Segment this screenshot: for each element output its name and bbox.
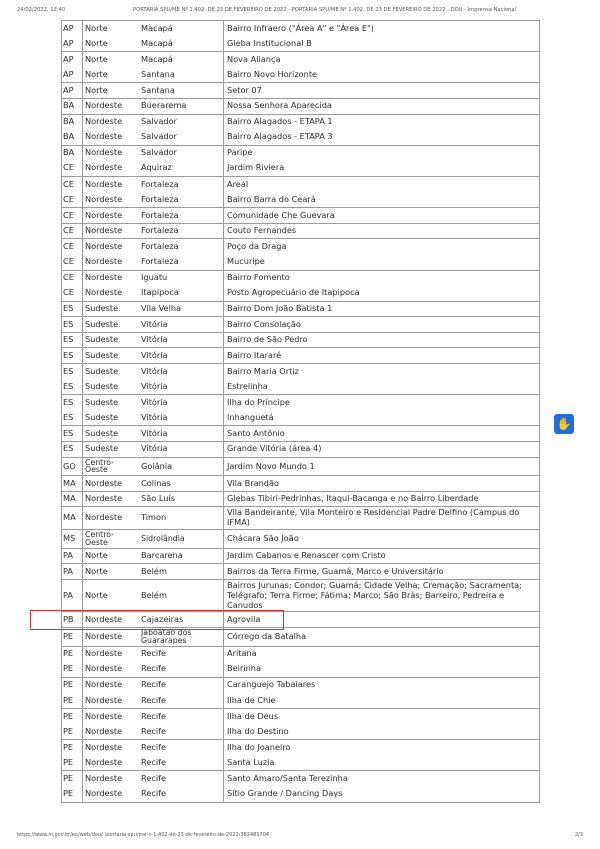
cell-uf: BA <box>62 98 83 114</box>
table-row: ESSudesteVitóriaSanto Antônio <box>62 426 540 442</box>
cell-localidade: Bairro Dom João Batista 1 <box>224 301 540 317</box>
table-row: PENordesteRecifeSítio Grande / Dancing D… <box>62 786 540 802</box>
cell-localidade: Santo Antônio <box>224 426 540 442</box>
table-row: MANordesteColinasVila Brandão <box>62 476 540 492</box>
cell-localidade: Ilha de Deus <box>224 708 540 724</box>
cell-municipio: Salvador <box>139 114 224 130</box>
print-date: 24/02/2022, 12:40 <box>17 7 65 13</box>
cell-uf: BA <box>62 114 83 130</box>
cell-municipio: Recife <box>139 708 224 724</box>
cell-localidade: Ilha do Joaneiro <box>224 740 540 756</box>
cell-uf: ES <box>62 301 83 317</box>
cell-regiao: Nordeste <box>83 693 140 709</box>
cell-regiao: Nordeste <box>83 771 140 787</box>
table-row: PENordesteRecifeCaranguejo Tabaiares <box>62 677 540 693</box>
cell-regiao: Nordeste <box>83 476 140 492</box>
localities-table: APNorteMacapáBairro Infraero ("Área A" e… <box>61 20 540 803</box>
cell-regiao: Nordeste <box>83 724 140 740</box>
cell-localidade: Bairro Maria Ortiz <box>224 364 540 380</box>
table-row: BANordesteBueraremaNossa Senhora Apareci… <box>62 98 540 114</box>
cell-regiao: Sudeste <box>83 442 140 458</box>
table-row: PENordesteRecifeIlha de Deus <box>62 708 540 724</box>
cell-localidade: Bairro Alagados - ETAPA 3 <box>224 130 540 146</box>
cell-localidade: Poço da Draga <box>224 239 540 255</box>
cell-uf: ES <box>62 410 83 426</box>
cell-municipio: Recife <box>139 786 224 802</box>
table-row: PENordesteRecifeAritana <box>62 646 540 662</box>
table-row: ESSudesteVila VelhaBairro Dom João Batis… <box>62 301 540 317</box>
cell-localidade: Bairro Consolação <box>224 317 540 333</box>
cell-localidade: Nova Aliança <box>224 52 540 68</box>
cell-uf: AP <box>62 21 83 37</box>
table-row: BANordesteSalvadorParipe <box>62 145 540 161</box>
cell-municipio: São Luís <box>139 491 224 507</box>
cell-regiao: Sudeste <box>83 395 140 411</box>
cell-municipio: Salvador <box>139 130 224 146</box>
table-row: PANorteBelémBairros Jurunas; Condor; Gua… <box>62 579 540 612</box>
table-row: ESSudesteVitóriaGrande Vitória (área 4) <box>62 442 540 458</box>
cell-localidade: Bairros Jurunas; Condor; Guamá; Cidade V… <box>224 579 540 612</box>
cell-municipio: Santana <box>139 83 224 99</box>
cell-regiao: Nordeste <box>83 145 140 161</box>
cell-uf: MS <box>62 530 83 549</box>
cell-regiao: Nordeste <box>83 98 140 114</box>
table-row: ESSudesteVitóriaBairro Itararé <box>62 348 540 364</box>
table-row: ESSudesteVitóriaBairro Consolação <box>62 317 540 333</box>
cell-regiao: Nordeste <box>83 740 140 756</box>
cell-regiao: Sudeste <box>83 426 140 442</box>
cell-regiao: Nordeste <box>83 114 140 130</box>
table-row: PANorteBelémBairros da Terra Firme, Guam… <box>62 564 540 580</box>
cell-municipio: Salvador <box>139 145 224 161</box>
cell-localidade: Sítio Grande / Dancing Days <box>224 786 540 802</box>
table-row: PENordesteRecifeSanta Luzia <box>62 755 540 771</box>
cell-localidade: Bairros da Terra Firme, Guamá, Marco e U… <box>224 564 540 580</box>
cell-regiao: Sudeste <box>83 301 140 317</box>
cell-uf: PA <box>62 548 83 564</box>
table-row: PENordesteRecifeBeirinha <box>62 662 540 678</box>
cell-uf: PE <box>62 771 83 787</box>
cell-localidade: Posto Agropecuário de Itapipoca <box>224 286 540 302</box>
cell-regiao: Nordeste <box>83 286 140 302</box>
cell-uf: PE <box>62 693 83 709</box>
cell-uf: ES <box>62 426 83 442</box>
table-row: MSCentro-OesteSidrolândiaChácara São Joã… <box>62 530 540 549</box>
cell-municipio: Sidrolândia <box>139 530 224 549</box>
cell-uf: PA <box>62 564 83 580</box>
cell-localidade: Bairro Itararé <box>224 348 540 364</box>
cell-uf: PE <box>62 677 83 693</box>
cell-regiao: Sudeste <box>83 317 140 333</box>
cell-municipio: Aquiraz <box>139 161 224 177</box>
cell-localidade: Caranguejo Tabaiares <box>224 677 540 693</box>
cell-uf: ES <box>62 317 83 333</box>
cell-uf: BA <box>62 130 83 146</box>
cell-uf: PE <box>62 786 83 802</box>
cell-uf: PA <box>62 579 83 612</box>
cell-localidade: Bairro Alagados - ETAPA 1 <box>224 114 540 130</box>
table-row: APNorteMacapáBairro Infraero ("Área A" e… <box>62 21 540 37</box>
cell-uf: MA <box>62 476 83 492</box>
table-row: CENordesteFortalezaComunidade Che Guevar… <box>62 208 540 224</box>
cell-regiao: Nordeste <box>83 239 140 255</box>
cell-localidade: Ilha do Príncipe <box>224 395 540 411</box>
cell-regiao: Norte <box>83 83 140 99</box>
cell-regiao: Nordeste <box>83 270 140 286</box>
table-row: CENordesteFortalezaAreal <box>62 176 540 192</box>
cell-regiao: Nordeste <box>83 254 140 270</box>
table-row: PENordesteJaboatão dos GuararapesCórrego… <box>62 628 540 647</box>
table-row: ESSudesteVitóriaBairro Maria Ortiz <box>62 364 540 380</box>
table-row: PENordesteRecifeIlha de Chie <box>62 693 540 709</box>
cell-municipio: Jaboatão dos Guararapes <box>139 628 224 647</box>
table-row: APNorteMacapáGleba Institucional B <box>62 36 540 52</box>
cell-localidade: Inhanguetá <box>224 410 540 426</box>
cell-regiao: Nordeste <box>83 223 140 239</box>
table-row: CENordesteIguatuBairro Fomento <box>62 270 540 286</box>
cell-regiao: Nordeste <box>83 507 140 530</box>
cell-uf: CE <box>62 208 83 224</box>
cell-municipio: Macapá <box>139 21 224 37</box>
cell-municipio: Recife <box>139 740 224 756</box>
cell-regiao: Norte <box>83 36 140 52</box>
cell-municipio: Fortaleza <box>139 254 224 270</box>
cell-regiao: Nordeste <box>83 786 140 802</box>
cell-localidade: Ilha do Destino <box>224 724 540 740</box>
table-row: BANordesteSalvadorBairro Alagados - ETAP… <box>62 130 540 146</box>
cell-regiao: Nordeste <box>83 176 140 192</box>
cell-uf: CE <box>62 286 83 302</box>
cell-uf: AP <box>62 67 83 83</box>
table-row: APNorteMacapáNova Aliança <box>62 52 540 68</box>
cell-municipio: Recife <box>139 646 224 662</box>
cell-regiao: Nordeste <box>83 646 140 662</box>
table-row: PENordesteRecifeIlha do Destino <box>62 724 540 740</box>
cell-localidade: Beirinha <box>224 662 540 678</box>
cell-localidade: Aritana <box>224 646 540 662</box>
table-row: CENordesteFortalezaCouto Fernandes <box>62 223 540 239</box>
cell-municipio: Fortaleza <box>139 223 224 239</box>
cell-localidade: Ilha de Chie <box>224 693 540 709</box>
cell-localidade: Glebas Tibiri-Pedrinhas, Itaqui-Bacanga … <box>224 491 540 507</box>
cell-uf: CE <box>62 192 83 208</box>
cell-municipio: Fortaleza <box>139 208 224 224</box>
cell-regiao: Sudeste <box>83 410 140 426</box>
cell-localidade: Santo Amaro/Santa Terezinha <box>224 771 540 787</box>
cell-regiao: Sudeste <box>83 379 140 395</box>
cell-municipio: Recife <box>139 677 224 693</box>
footer-url: https://www.in.gov.br/en/web/dou/-/porta… <box>17 832 269 838</box>
table-row: BANordesteSalvadorBairro Alagados - ETAP… <box>62 114 540 130</box>
cell-uf: BA <box>62 145 83 161</box>
cell-uf: CE <box>62 176 83 192</box>
table-row: CENordesteAquirazJardim Riviera <box>62 161 540 177</box>
cell-municipio: Fortaleza <box>139 192 224 208</box>
cell-uf: ES <box>62 379 83 395</box>
cell-localidade: Santa Luzia <box>224 755 540 771</box>
cell-uf: CE <box>62 161 83 177</box>
cell-uf: CE <box>62 239 83 255</box>
cell-regiao: Norte <box>83 579 140 612</box>
cell-regiao: Nordeste <box>83 130 140 146</box>
cell-regiao: Sudeste <box>83 348 140 364</box>
cell-municipio: Colinas <box>139 476 224 492</box>
cell-uf: PE <box>62 740 83 756</box>
table-row: ESSudesteVitóriaIlha do Príncipe <box>62 395 540 411</box>
cell-localidade: Jardim Novo Mundo 1 <box>224 457 540 476</box>
table-row: ESSudesteVitóriaInhanguetá <box>62 410 540 426</box>
cell-municipio: Vitória <box>139 379 224 395</box>
cell-uf: ES <box>62 348 83 364</box>
cell-regiao: Nordeste <box>83 208 140 224</box>
cell-uf: ES <box>62 395 83 411</box>
cell-uf: PE <box>62 708 83 724</box>
cell-localidade: Bairro Novo Horizonte <box>224 67 540 83</box>
cell-municipio: Vitória <box>139 426 224 442</box>
cell-uf: PE <box>62 628 83 647</box>
cell-municipio: Belém <box>139 564 224 580</box>
cell-regiao: Sudeste <box>83 332 140 348</box>
cell-uf: AP <box>62 83 83 99</box>
cell-municipio: Vila Velha <box>139 301 224 317</box>
cell-municipio: Iguatu <box>139 270 224 286</box>
cell-regiao: Nordeste <box>83 628 140 647</box>
cell-municipio: Vitória <box>139 348 224 364</box>
cell-municipio: Recife <box>139 755 224 771</box>
cell-uf: GO <box>62 457 83 476</box>
cell-uf: AP <box>62 36 83 52</box>
cell-municipio: Vitória <box>139 332 224 348</box>
table-row: MANordesteSão LuísGlebas Tibiri-Pedrinha… <box>62 491 540 507</box>
cell-localidade: Mucuripe <box>224 254 540 270</box>
table-row: CENordesteFortalezaBairro Barra do Ceará <box>62 192 540 208</box>
cell-municipio: Barcarena <box>139 548 224 564</box>
table-row: PENordesteRecifeSanto Amaro/Santa Terezi… <box>62 771 540 787</box>
table-row: GOCentro-OesteGoiâniaJardim Novo Mundo 1 <box>62 457 540 476</box>
table-row: ESSudesteVitóriaEstrelinha <box>62 379 540 395</box>
table-row: ESSudesteVitóriaBairro de São Pedro <box>62 332 540 348</box>
cell-uf: MA <box>62 507 83 530</box>
cell-regiao: Nordeste <box>83 677 140 693</box>
accessibility-button[interactable]: ✋ <box>554 414 574 434</box>
cell-municipio: Recife <box>139 662 224 678</box>
cell-localidade: Bairro Infraero ("Área A" e "Área E") <box>224 21 540 37</box>
cell-regiao: Nordeste <box>83 708 140 724</box>
cell-localidade: Bairro Barra do Ceará <box>224 192 540 208</box>
cell-municipio: Recife <box>139 771 224 787</box>
cell-regiao: Norte <box>83 52 140 68</box>
cell-uf: CE <box>62 254 83 270</box>
cell-regiao: Norte <box>83 21 140 37</box>
cell-municipio: Recife <box>139 724 224 740</box>
cell-uf: ES <box>62 364 83 380</box>
cell-regiao: Norte <box>83 67 140 83</box>
cell-uf: CE <box>62 270 83 286</box>
cell-localidade: Grande Vitória (área 4) <box>224 442 540 458</box>
cell-regiao: Nordeste <box>83 491 140 507</box>
cell-localidade: Bairro de São Pedro <box>224 332 540 348</box>
page-number: 2/3 <box>575 832 583 838</box>
table-row: CENordesteItapipocaPosto Agropecuário de… <box>62 286 540 302</box>
table-row: PENordesteRecifeIlha do Joaneiro <box>62 740 540 756</box>
cell-municipio: Macapá <box>139 52 224 68</box>
cell-localidade: Bairro Fomento <box>224 270 540 286</box>
table-row: CENordesteFortalezaMucuripe <box>62 254 540 270</box>
cell-municipio: Vitória <box>139 395 224 411</box>
cell-municipio: Goiânia <box>139 457 224 476</box>
cell-regiao: Nordeste <box>83 755 140 771</box>
cell-uf: PE <box>62 646 83 662</box>
table-row: MANordesteTimonVila Bandeirante, Vila Mo… <box>62 507 540 530</box>
cell-municipio: Santana <box>139 67 224 83</box>
cell-regiao: Centro-Oeste <box>83 457 140 476</box>
cell-municipio: Belém <box>139 579 224 612</box>
print-title: PORTARIA SPU/ME Nº 1.402, DE 23 DE FEVER… <box>133 7 516 13</box>
cell-municipio: Vitória <box>139 410 224 426</box>
cell-localidade: Setor 07 <box>224 83 540 99</box>
cell-localidade: Gleba Institucional B <box>224 36 540 52</box>
print-header: 24/02/2022, 12:40 PORTARIA SPU/ME Nº 1.4… <box>0 7 600 17</box>
table-row: APNorteSantanaSetor 07 <box>62 83 540 99</box>
table-row: PANorteBarcarenaJardim Cabanos e Renasce… <box>62 548 540 564</box>
cell-municipio: Timon <box>139 507 224 530</box>
table-row: APNorteSantanaBairro Novo Horizonte <box>62 67 540 83</box>
cell-localidade: Jardim Riviera <box>224 161 540 177</box>
cell-uf: PE <box>62 724 83 740</box>
cell-uf: PE <box>62 755 83 771</box>
cell-uf: CE <box>62 223 83 239</box>
cell-localidade: Chácara São João <box>224 530 540 549</box>
cell-municipio: Fortaleza <box>139 239 224 255</box>
cell-localidade: Comunidade Che Guevara <box>224 208 540 224</box>
cell-localidade: Jardim Cabanos e Renascer com Cristo <box>224 548 540 564</box>
cell-municipio: Vitória <box>139 442 224 458</box>
table-row: CENordesteFortalezaPoço da Draga <box>62 239 540 255</box>
cell-regiao: Sudeste <box>83 364 140 380</box>
cell-localidade: Vila Bandeirante, Vila Monteiro e Reside… <box>224 507 540 530</box>
cell-localidade: Estrelinha <box>224 379 540 395</box>
cell-uf: MA <box>62 491 83 507</box>
cell-regiao: Nordeste <box>83 662 140 678</box>
cell-localidade: Areal <box>224 176 540 192</box>
cell-uf: ES <box>62 332 83 348</box>
cell-municipio: Itapipoca <box>139 286 224 302</box>
print-footer: https://www.in.gov.br/en/web/dou/-/porta… <box>0 832 600 842</box>
cell-regiao: Nordeste <box>83 161 140 177</box>
cell-localidade: Nossa Senhora Aparecida <box>224 98 540 114</box>
cell-municipio: Recife <box>139 693 224 709</box>
cell-uf: PE <box>62 662 83 678</box>
cell-localidade: Paripe <box>224 145 540 161</box>
cell-uf: AP <box>62 52 83 68</box>
cell-uf: ES <box>62 442 83 458</box>
cell-municipio: Vitória <box>139 317 224 333</box>
cell-regiao: Norte <box>83 564 140 580</box>
cell-localidade: Córrego da Batalha <box>224 628 540 647</box>
cell-regiao: Nordeste <box>83 192 140 208</box>
sign-language-hands-icon: ✋ <box>557 417 572 431</box>
cell-municipio: Buerarema <box>139 98 224 114</box>
cell-localidade: Couto Fernandes <box>224 223 540 239</box>
cell-regiao: Norte <box>83 548 140 564</box>
cell-municipio: Vitória <box>139 364 224 380</box>
cell-localidade: Vila Brandão <box>224 476 540 492</box>
cell-municipio: Fortaleza <box>139 176 224 192</box>
highlight-box <box>30 610 284 630</box>
cell-regiao: Centro-Oeste <box>83 530 140 549</box>
cell-municipio: Macapá <box>139 36 224 52</box>
